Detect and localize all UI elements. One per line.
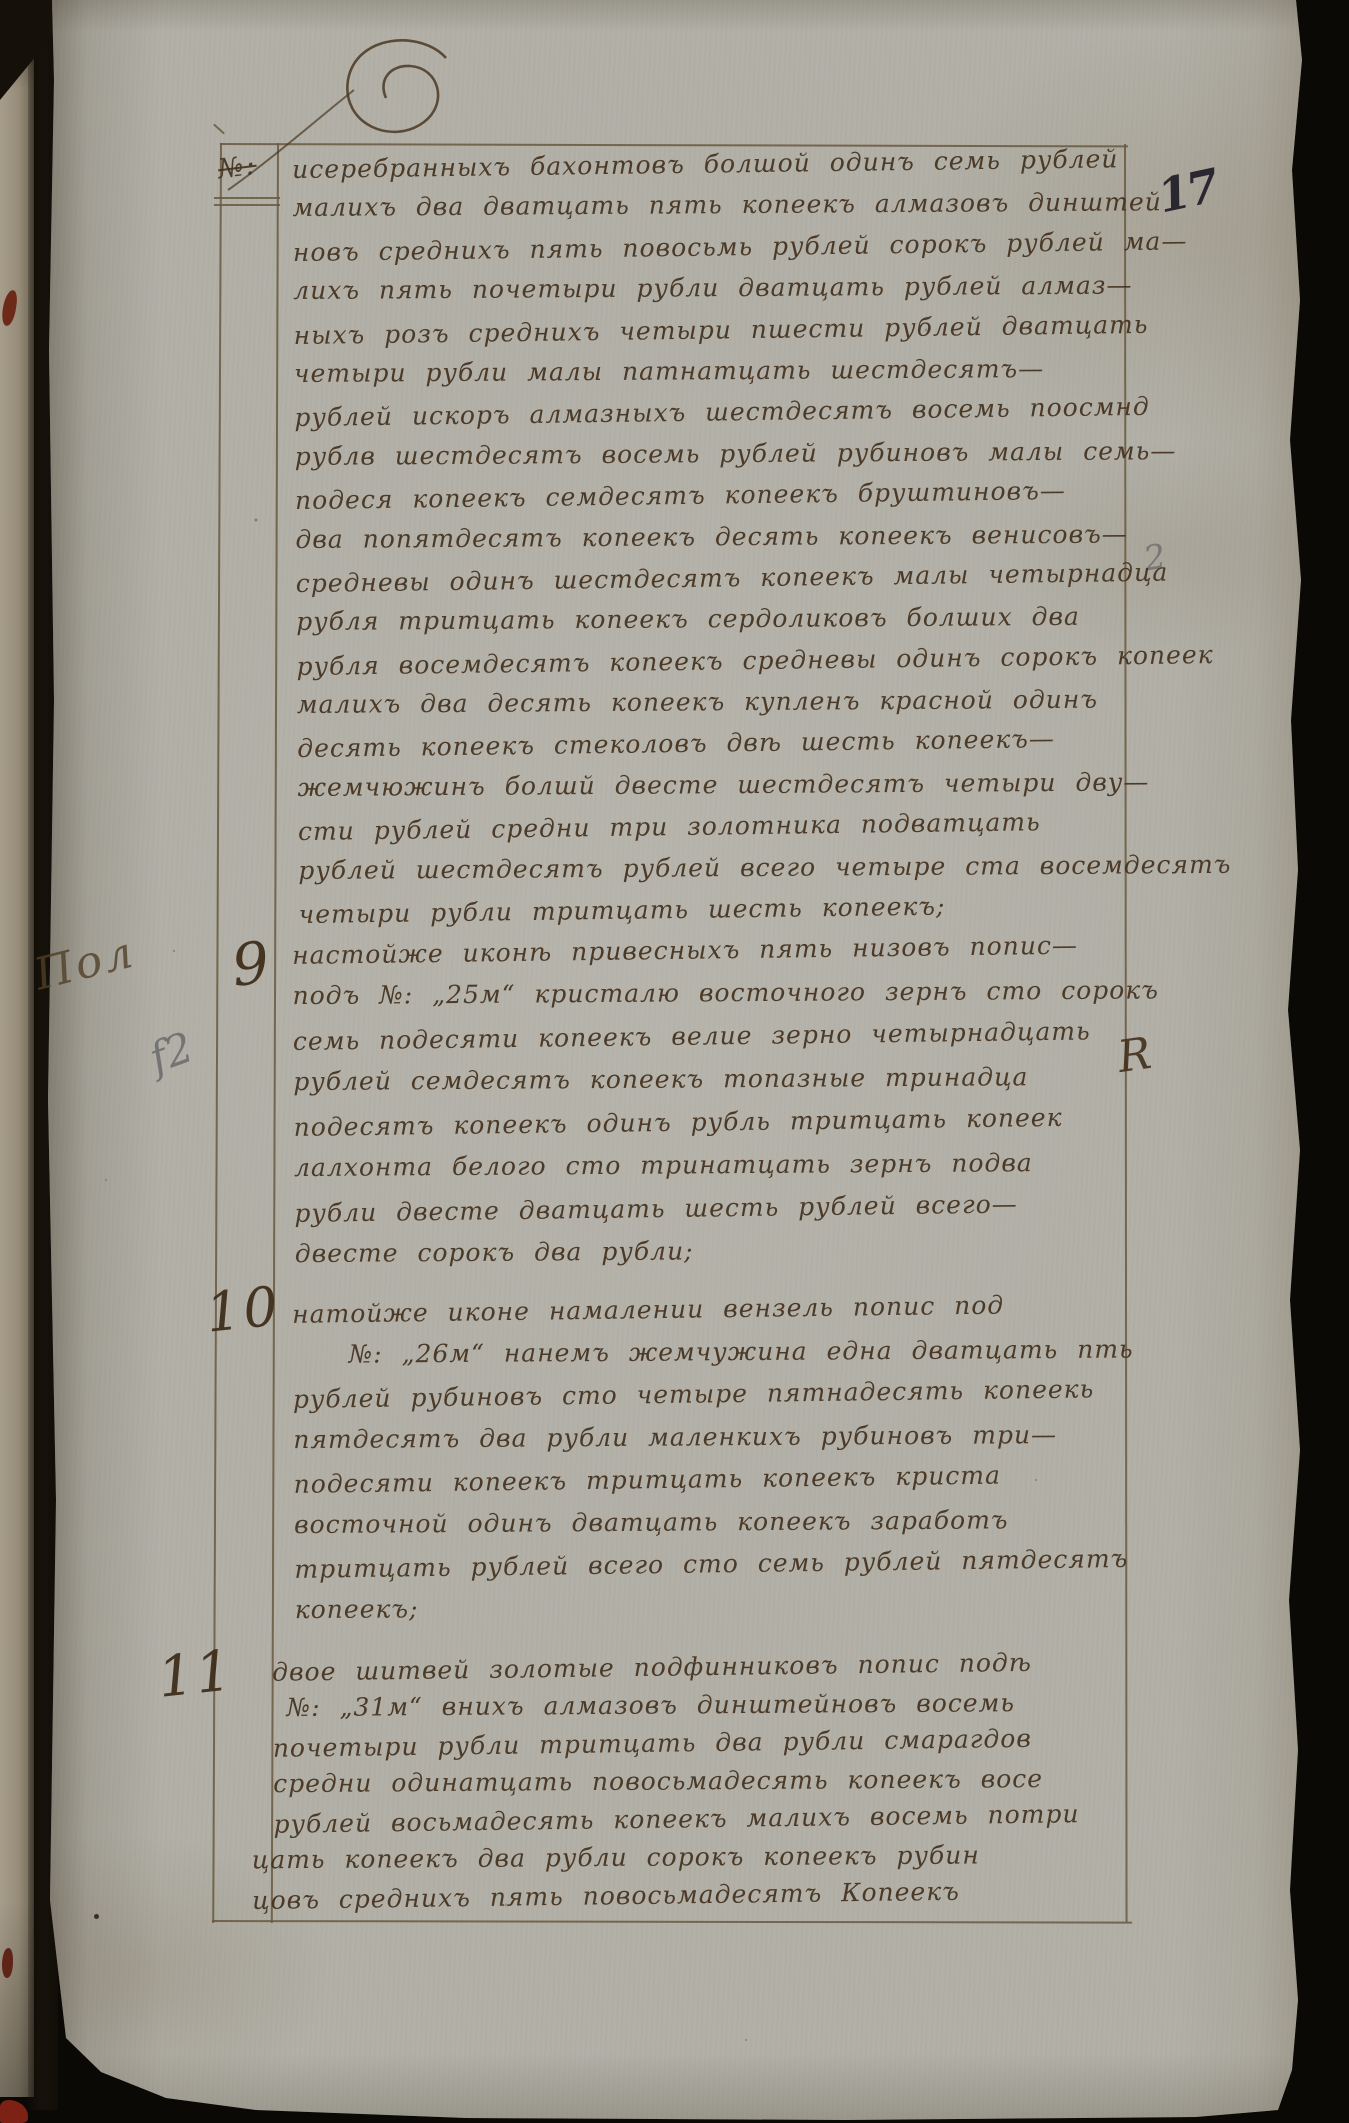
- entry-lines: настойже иконѣ привесныхъ пять низовъ по…: [292, 925, 1161, 1277]
- entry-9: настойже иконѣ привесныхъ пять низовъ по…: [292, 933, 1158, 1277]
- manuscript-line: подесяти копеекъ тритцать копеекъ криста: [293, 1453, 1135, 1507]
- manuscript-line: двесте сорокъ два рубли;: [295, 1227, 1162, 1276]
- manuscript-line: тритцать рублей всего сто семь рублей пя…: [294, 1538, 1136, 1592]
- ink-dot: [94, 1914, 99, 1919]
- entry-lines: натойже иконе намалении вензель попис по…: [292, 1285, 1136, 1632]
- manuscript-line: копеекъ;: [295, 1583, 1136, 1631]
- manuscript-line: рублей рубиновъ сто четыре пятнадесять к…: [293, 1368, 1135, 1422]
- manuscript-scan: №: 17 f2 2 R исеребранныхъ бахонтовъ бол…: [0, 0, 1349, 2123]
- manuscript-line: натойже иконе намалении вензель попис по…: [292, 1283, 1134, 1337]
- entry-lines: двое шитвей золотые подфинниковъ попис п…: [272, 1645, 1080, 1918]
- entry-lines: исеребранныхъ бахонтовъ болшой одинъ сем…: [292, 140, 1232, 935]
- entry-number-10: 10: [203, 1274, 284, 1344]
- manuscript-page: №: 17 f2 2 R исеребранныхъ бахонтовъ бол…: [46, 0, 1304, 2123]
- entry-continuation: исеребранныхъ бахонтовъ болшой одинъ сем…: [292, 148, 1225, 934]
- entry-10: натойже иконе намалении вензель попис по…: [292, 1292, 1133, 1632]
- entry-11: двое шитвей золотые подфинниковъ попис п…: [272, 1652, 1078, 1918]
- entry-number-9: 9: [229, 928, 273, 999]
- entry-number-11: 11: [155, 1638, 237, 1711]
- corner-number-mark: №:: [216, 150, 258, 185]
- wax-spot: [0, 2100, 28, 2123]
